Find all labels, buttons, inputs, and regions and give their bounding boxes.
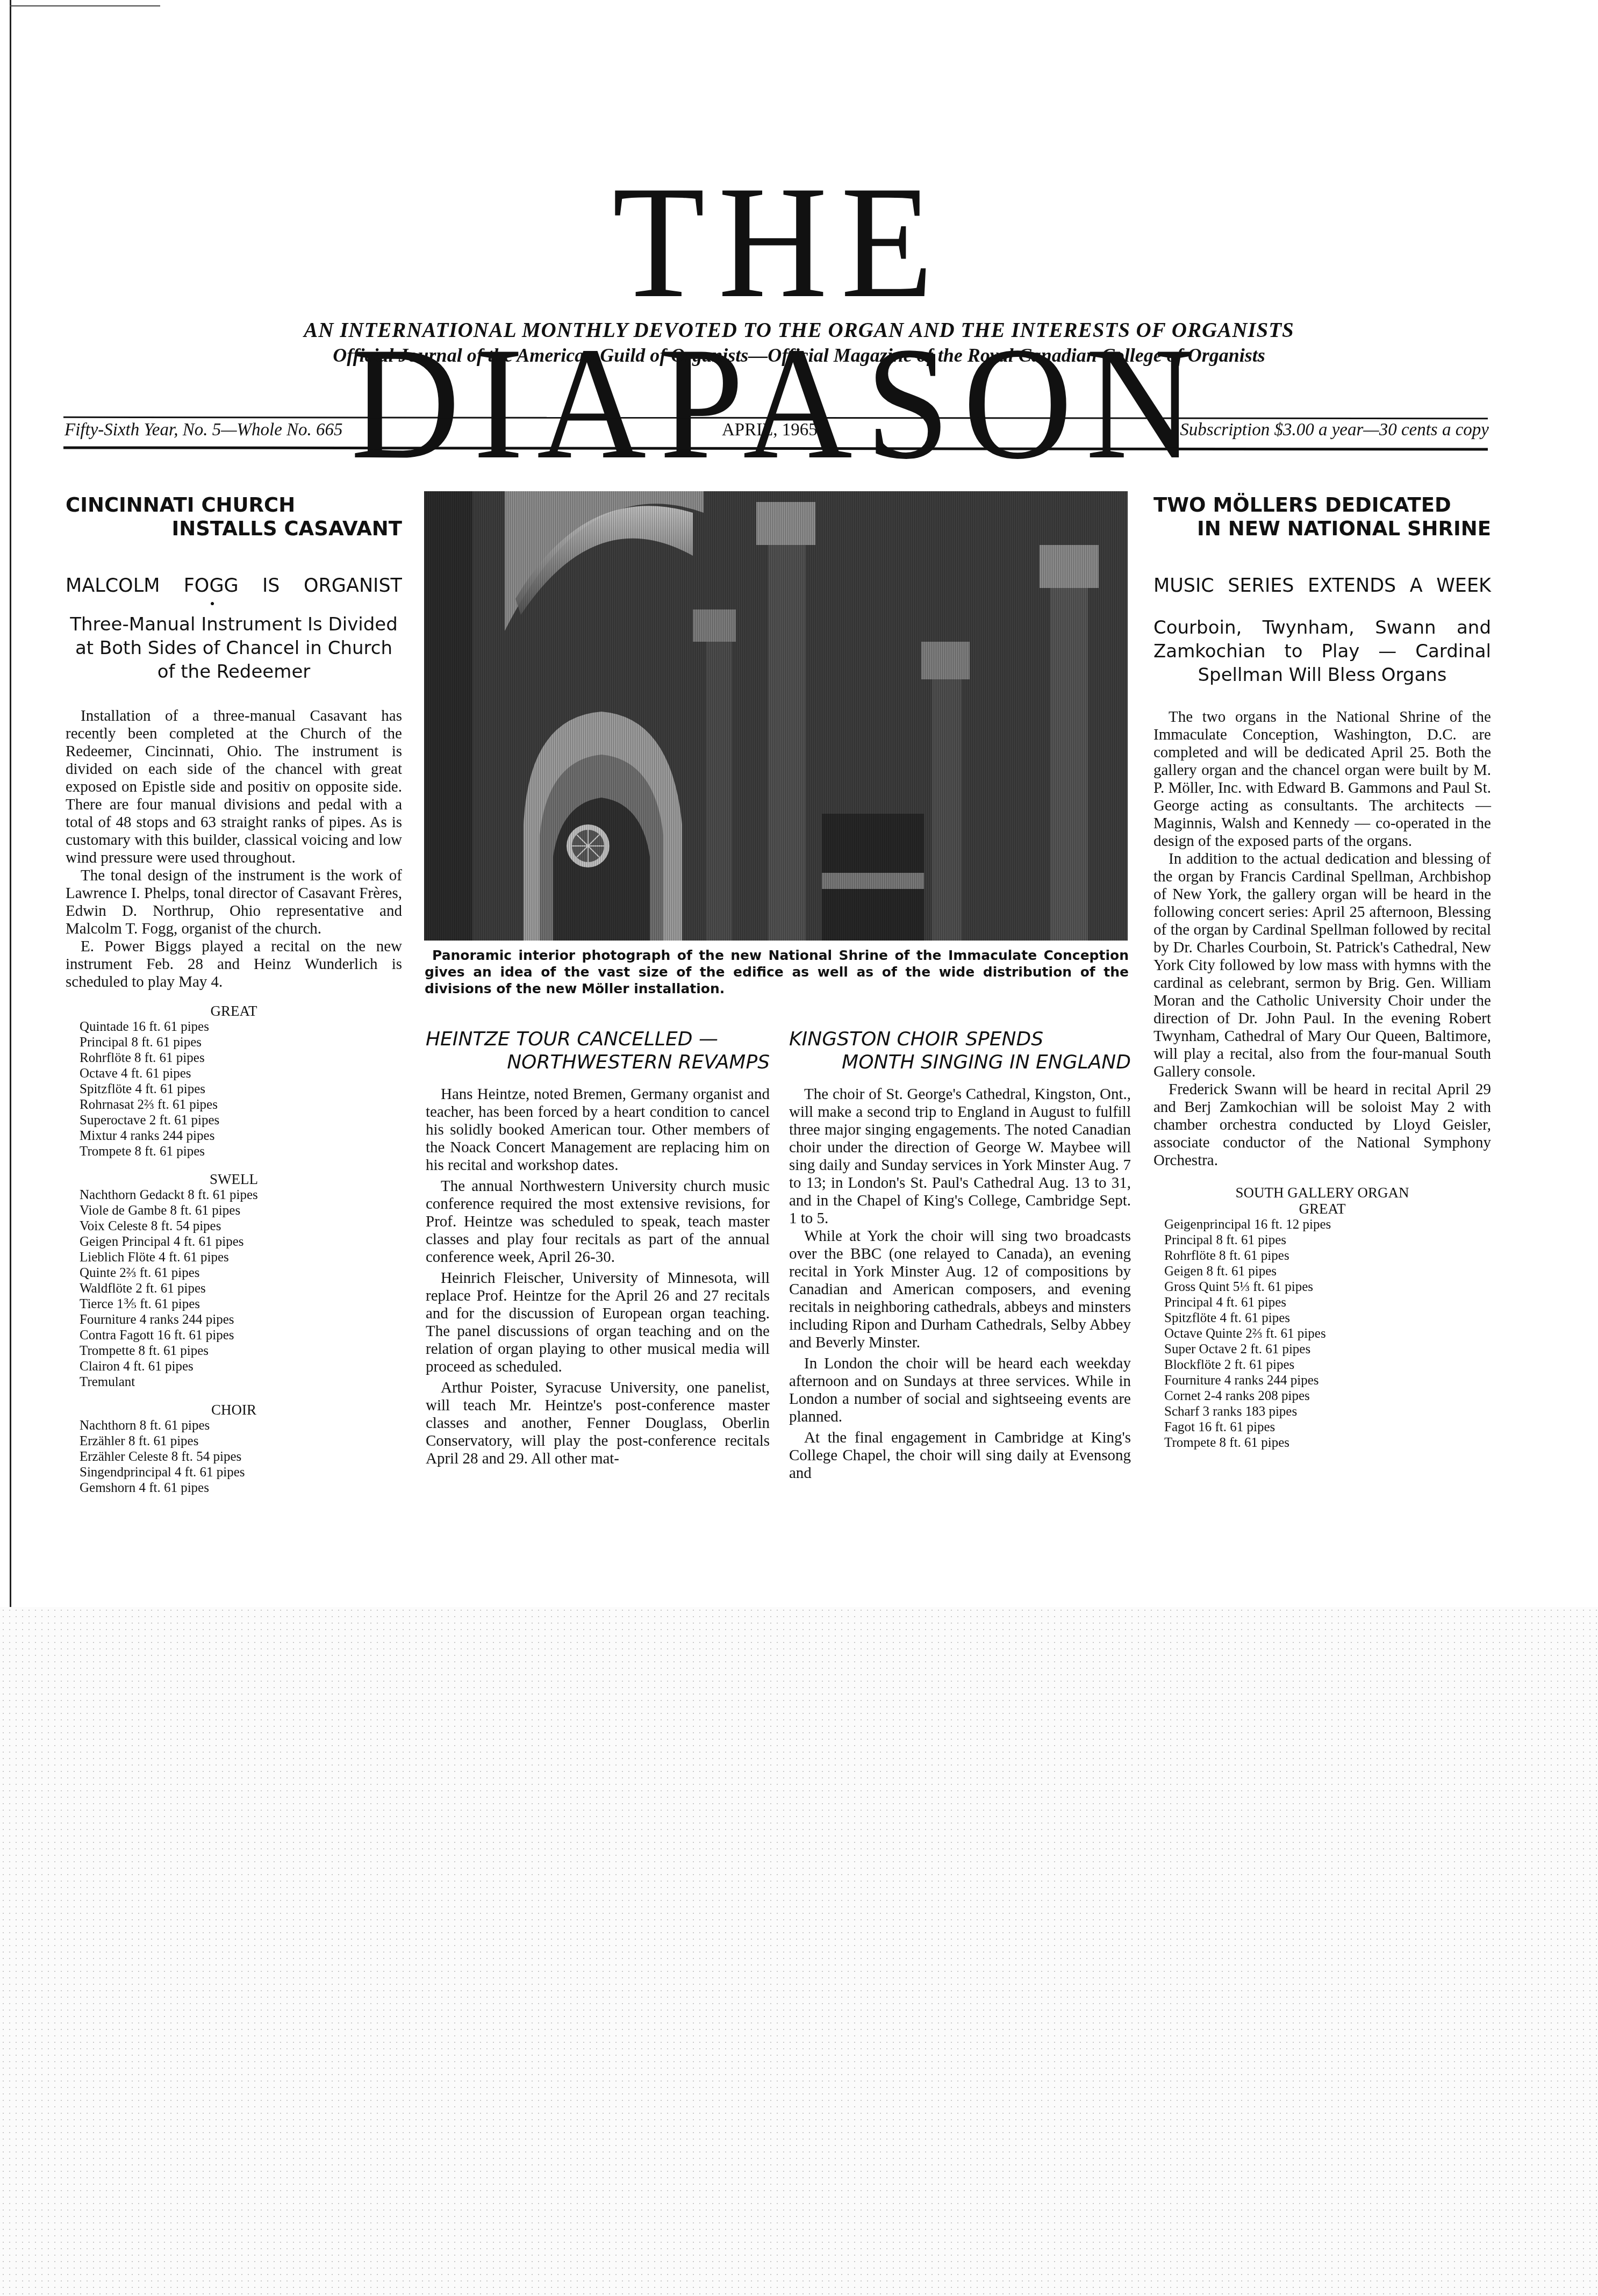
spec-title: SOUTH GALLERY ORGAN — [1153, 1185, 1491, 1201]
stop-item: Gross Quint 5⅓ ft. 61 pipes — [1164, 1279, 1491, 1295]
spec-division-heading: GREAT — [1153, 1201, 1491, 1217]
paragraph: Heinrich Fleischer, University of Minnes… — [426, 1269, 770, 1376]
stop-item: Quinte 2⅔ ft. 61 pipes — [80, 1265, 402, 1281]
stop-item: Rohrnasat 2⅔ ft. 61 pipes — [80, 1097, 402, 1113]
article-kingston: KINGSTON CHOIR SPENDS MONTH SINGING IN E… — [789, 1028, 1131, 1482]
headline: KINGSTON CHOIR SPENDS MONTH SINGING IN E… — [789, 1028, 1131, 1074]
paragraph: In London the choir will be heard each w… — [789, 1355, 1131, 1426]
stop-item: Fourniture 4 ranks 244 pipes — [80, 1312, 402, 1328]
newspaper-page: THE DIAPASON AN INTERNATIONAL MONTHLY DE… — [0, 0, 1598, 1607]
stop-item: Rohrflöte 8 ft. 61 pipes — [80, 1050, 402, 1066]
stop-item: Quintade 16 ft. 61 pipes — [80, 1019, 402, 1035]
headline-line-2: INSTALLS CASAVANT — [66, 517, 402, 541]
paragraph: Arthur Poister, Syracuse University, one… — [426, 1379, 770, 1468]
issue-subscription: Subscription $3.00 a year—30 cents a cop… — [1180, 420, 1489, 440]
stop-item: Waldflöte 2 ft. 61 pipes — [80, 1281, 402, 1296]
stop-item: Octave Quinte 2⅔ ft. 61 pipes — [1164, 1326, 1491, 1341]
stop-item: Superoctave 2 ft. 61 pipes — [80, 1113, 402, 1128]
stop-item: Contra Fagott 16 ft. 61 pipes — [80, 1328, 402, 1343]
headline-line-1: CINCINNATI CHURCH — [66, 493, 295, 516]
headline-line-1: HEINTZE TOUR CANCELLED — — [426, 1028, 718, 1050]
headline-line-1: KINGSTON CHOIR SPENDS — [789, 1028, 1043, 1050]
stop-item: Viole de Gambe 8 ft. 61 pipes — [80, 1203, 402, 1218]
paragraph: Frederick Swann will be heard in recital… — [1153, 1081, 1491, 1169]
article-body: Installation of a three-manual Casavant … — [66, 707, 402, 991]
stop-item: Spitzflöte 4 ft. 61 pipes — [1164, 1310, 1491, 1326]
stop-item: Mixtur 4 ranks 244 pipes — [80, 1128, 402, 1144]
stop-item: Tremulant — [80, 1374, 402, 1390]
stop-item: Spitzflöte 4 ft. 61 pipes — [80, 1081, 402, 1097]
stop-item: Trompete 8 ft. 61 pipes — [80, 1144, 402, 1159]
article-body: The choir of St. George's Cathedral, Kin… — [789, 1086, 1131, 1482]
article-body: Hans Heintze, noted Bremen, Germany orga… — [426, 1086, 770, 1468]
headline: CINCINNATI CHURCH INSTALLS CASAVANT — [66, 493, 402, 541]
spec-division-heading: CHOIR — [66, 1402, 402, 1418]
masthead-subtitle: Official Journal of the American Guild o… — [0, 344, 1598, 367]
bullet-icon: • — [23, 598, 402, 611]
stop-item: Trompette 8 ft. 61 pipes — [80, 1343, 402, 1359]
article-casavant: CINCINNATI CHURCH INSTALLS CASAVANT MALC… — [66, 493, 402, 1496]
stop-item: Nachthorn 8 ft. 61 pipes — [80, 1418, 402, 1433]
headline: TWO MÖLLERS DEDICATED IN NEW NATIONAL SH… — [1153, 493, 1491, 541]
headline-line-2: NORTHWESTERN REVAMPS — [426, 1051, 770, 1074]
page-edge-rule — [10, 0, 11, 1607]
headline-line-2: IN NEW NATIONAL SHRINE — [1153, 517, 1491, 541]
stop-item: Tierce 1⅗ ft. 61 pipes — [80, 1296, 402, 1312]
headline-line-2: MONTH SINGING IN ENGLAND — [789, 1051, 1131, 1074]
stop-item: Super Octave 2 ft. 61 pipes — [1164, 1341, 1491, 1357]
issue-info-bar: Fifty-Sixth Year, No. 5—Whole No. 665 AP… — [65, 420, 1489, 447]
masthead-tagline: AN INTERNATIONAL MONTHLY DEVOTED TO THE … — [0, 318, 1598, 342]
photo-illustration-icon — [424, 491, 1128, 941]
top-edge-rule — [10, 5, 160, 6]
empty-scan-area — [0, 1607, 1598, 2296]
subheadline: MALCOLM FOGG IS ORGANIST — [66, 574, 402, 598]
stop-list-swell: Nachthorn Gedackt 8 ft. 61 pipes Viole d… — [66, 1187, 402, 1390]
paragraph: At the final engagement in Cambridge at … — [789, 1429, 1131, 1482]
stop-item: Geigen 8 ft. 61 pipes — [1164, 1264, 1491, 1279]
photo-caption: Panoramic interior photograph of the new… — [425, 947, 1129, 997]
stop-item: Geigenprincipal 16 ft. 12 pipes — [1164, 1217, 1491, 1232]
article-heintze: HEINTZE TOUR CANCELLED — NORTHWESTERN RE… — [426, 1028, 770, 1468]
stop-item: Voix Celeste 8 ft. 54 pipes — [80, 1218, 402, 1234]
article-body: The two organs in the National Shrine of… — [1153, 708, 1491, 1169]
stop-item: Fagot 16 ft. 61 pipes — [1164, 1419, 1491, 1435]
article-moller: TWO MÖLLERS DEDICATED IN NEW NATIONAL SH… — [1153, 493, 1491, 1451]
paragraph: E. Power Biggs played a recital on the n… — [66, 938, 402, 991]
subheadline: MUSIC SERIES EXTENDS A WEEK — [1153, 574, 1491, 598]
paragraph: Installation of a three-manual Casavant … — [66, 707, 402, 867]
headline-line-1: TWO MÖLLERS DEDICATED — [1153, 493, 1451, 516]
stop-item: Fourniture 4 ranks 244 pipes — [1164, 1373, 1491, 1388]
stop-item: Principal 4 ft. 61 pipes — [1164, 1295, 1491, 1310]
spec-division-heading: GREAT — [66, 1003, 402, 1019]
paragraph: The choir of St. George's Cathedral, Kin… — [789, 1086, 1131, 1228]
stop-item: Lieblich Flöte 4 ft. 61 pipes — [80, 1250, 402, 1265]
stop-item: Erzähler Celeste 8 ft. 54 pipes — [80, 1449, 402, 1465]
stop-item: Erzähler 8 ft. 61 pipes — [80, 1433, 402, 1449]
paragraph: While at York the choir will sing two br… — [789, 1228, 1131, 1352]
paragraph: The two organs in the National Shrine of… — [1153, 708, 1491, 850]
stop-item: Gemshorn 4 ft. 61 pipes — [80, 1480, 402, 1496]
cathedral-interior-photo — [424, 491, 1128, 941]
stop-item: Singendprincipal 4 ft. 61 pipes — [80, 1465, 402, 1480]
stop-item: Octave 4 ft. 61 pipes — [80, 1066, 402, 1081]
stop-item: Nachthorn Gedackt 8 ft. 61 pipes — [80, 1187, 402, 1203]
stop-item: Trompete 8 ft. 61 pipes — [1164, 1435, 1491, 1451]
deck: Three-Manual Instrument Is Divided at Bo… — [66, 613, 402, 684]
spec-division-heading: SWELL — [66, 1171, 402, 1187]
deck: Courboin, Twynham, Swann and Zamkochian … — [1153, 616, 1491, 687]
issue-volume: Fifty-Sixth Year, No. 5—Whole No. 665 — [65, 420, 343, 440]
paragraph: The annual Northwestern University churc… — [426, 1178, 770, 1266]
stop-item: Scharf 3 ranks 183 pipes — [1164, 1404, 1491, 1419]
stop-item: Principal 8 ft. 61 pipes — [1164, 1232, 1491, 1248]
stop-list-great: Geigenprincipal 16 ft. 12 pipes Principa… — [1153, 1217, 1491, 1451]
stop-item: Principal 8 ft. 61 pipes — [80, 1035, 402, 1050]
stop-list-great: Quintade 16 ft. 61 pipes Principal 8 ft.… — [66, 1019, 402, 1159]
paragraph: The tonal design of the instrument is th… — [66, 867, 402, 938]
paragraph: Hans Heintze, noted Bremen, Germany orga… — [426, 1086, 770, 1174]
stop-list-choir: Nachthorn 8 ft. 61 pipes Erzähler 8 ft. … — [66, 1418, 402, 1496]
stop-item: Blockflöte 2 ft. 61 pipes — [1164, 1357, 1491, 1373]
stop-item: Clairon 4 ft. 61 pipes — [80, 1359, 402, 1374]
stop-item: Cornet 2-4 ranks 208 pipes — [1164, 1388, 1491, 1404]
stop-item: Geigen Principal 4 ft. 61 pipes — [80, 1234, 402, 1250]
stop-item: Rohrflöte 8 ft. 61 pipes — [1164, 1248, 1491, 1264]
headline: HEINTZE TOUR CANCELLED — NORTHWESTERN RE… — [426, 1028, 770, 1074]
paragraph: In addition to the actual dedication and… — [1153, 850, 1491, 1081]
issue-date: APRIL, 1965 — [722, 420, 818, 440]
